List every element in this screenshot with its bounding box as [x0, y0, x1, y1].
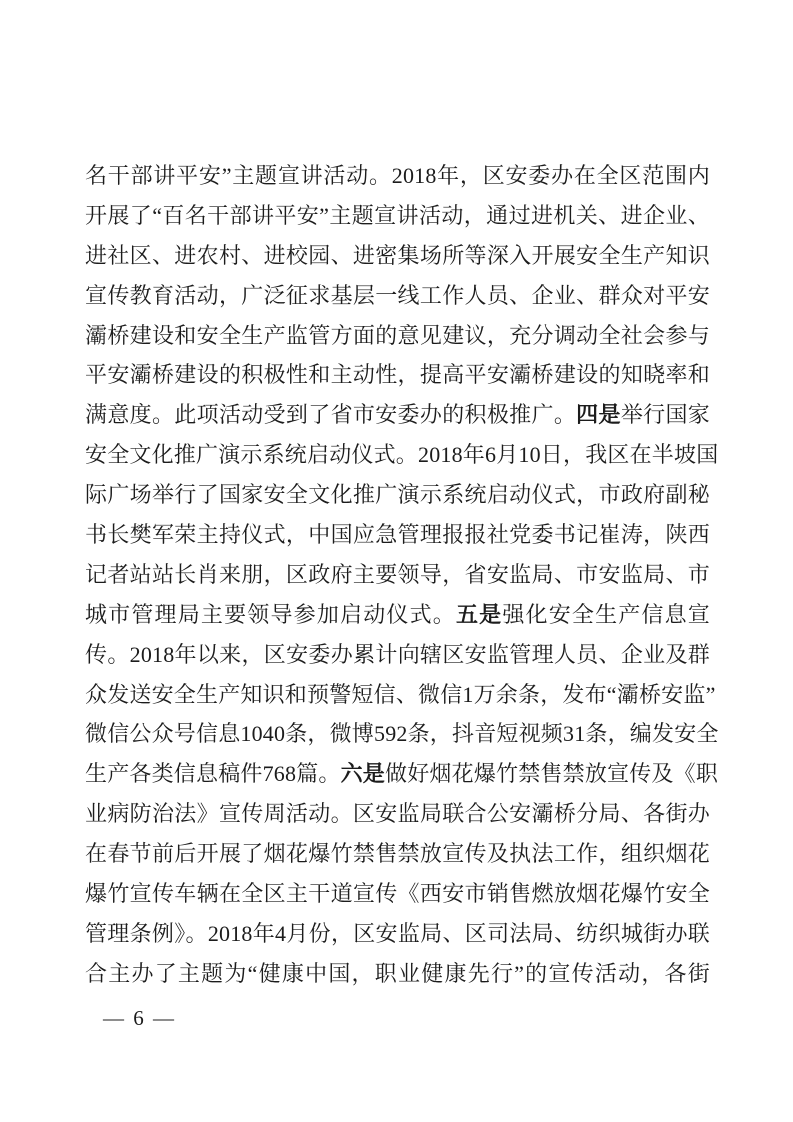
- footer-page-number: — 6 —: [103, 1006, 176, 1031]
- text-line: 满意度。此项活动受到了省市安委办的积极推广。四是举行国家: [85, 395, 710, 435]
- text-segment: 际广场举行了国家安全文化推广演示系统启动仪式，市政府副秘: [85, 482, 710, 507]
- text-segment: 开展了“百名干部讲平安”主题宣讲活动，通过进机关、进企业、: [85, 203, 710, 228]
- text-line: 在春节前后开展了烟花爆竹禁售禁放宣传及执法工作，组织烟花: [85, 834, 710, 874]
- text-segment: 爆竹宣传车辆在全区主干道宣传《西安市销售燃放烟花爆竹安全: [85, 881, 710, 906]
- text-segment: 强化安全生产信息宣: [502, 602, 710, 627]
- text-line: 进社区、进农村、进校园、进密集场所等深入开展安全生产知识: [85, 236, 710, 276]
- text-segment: 生产各类信息稿件768篇。: [85, 761, 341, 786]
- text-line: 合主办了主题为“健康中国，职业健康先行”的宣传活动，各街: [85, 954, 710, 994]
- text-line: 管理条例》。2018年4月份，区安监局、区司法局、纺织城街办联: [85, 914, 710, 954]
- text-line: 书长樊军荣主持仪式，中国应急管理报报社党委书记崔涛，陕西: [85, 515, 710, 555]
- text-line: 传。2018年以来，区安委办累计向辖区安监管理人员、企业及群: [85, 635, 710, 675]
- text-segment: 在春节前后开展了烟花爆竹禁售禁放宣传及执法工作，组织烟花: [85, 841, 710, 866]
- text-segment: 传。2018年以来，区安委办累计向辖区安监管理人员、企业及群: [85, 642, 710, 667]
- text-line: 微信公众号信息1040条，微博592条，抖音短视频31条，编发安全: [85, 714, 710, 754]
- text-line: 安全文化推广演示系统启动仪式。2018年6月10日，我区在半坡国: [85, 435, 710, 475]
- text-segment: 众发送安全生产知识和预警短信、微信1万余条，发布“灞桥安监”: [85, 682, 716, 707]
- text-segment: 业病防治法》宣传周活动。区安监局联合公安灞桥分局、各街办: [85, 801, 710, 826]
- text-segment: 做好烟花爆竹禁售禁放宣传及《职: [385, 761, 718, 786]
- text-line: 宣传教育活动，广泛征求基层一线工作人员、企业、群众对平安: [85, 276, 710, 316]
- text-segment: 管理条例》。2018年4月份，区安监局、区司法局、纺织城街办联: [85, 921, 710, 946]
- text-segment: 城市管理局主要领导参加启动仪式。: [85, 602, 456, 627]
- text-line: 名干部讲平安”主题宣讲活动。2018年，区安委办在全区范围内: [85, 156, 710, 196]
- document-page: 名干部讲平安”主题宣讲活动。2018年，区安委办在全区范围内开展了“百名干部讲平…: [0, 0, 793, 1122]
- text-segment: 灞桥建设和安全生产监管方面的意见建议，充分调动全社会参与: [85, 323, 710, 348]
- text-segment: 记者站站长肖来朋，区政府主要领导，省安监局、市安监局、市: [85, 562, 710, 587]
- text-line: 生产各类信息稿件768篇。六是做好烟花爆竹禁售禁放宣传及《职: [85, 754, 710, 794]
- text-line: 记者站站长肖来朋，区政府主要领导，省安监局、市安监局、市: [85, 555, 710, 595]
- text-line: 际广场举行了国家安全文化推广演示系统启动仪式，市政府副秘: [85, 475, 710, 515]
- text-line: 城市管理局主要领导参加启动仪式。五是强化安全生产信息宣: [85, 595, 710, 635]
- text-segment: 安全文化推广演示系统启动仪式。2018年6月10日，我区在半坡国: [85, 442, 718, 467]
- text-line: 平安灞桥建设的积极性和主动性，提高平安灞桥建设的知晓率和: [85, 355, 710, 395]
- text-line: 爆竹宣传车辆在全区主干道宣传《西安市销售燃放烟花爆竹安全: [85, 874, 710, 914]
- text-segment: 书长樊军荣主持仪式，中国应急管理报报社党委书记崔涛，陕西: [85, 522, 710, 547]
- bold-emphasis: 五是: [456, 602, 502, 627]
- text-segment: 微信公众号信息1040条，微博592条，抖音短视频31条，编发安全: [85, 721, 719, 746]
- text-segment: 举行国家: [621, 402, 710, 427]
- text-segment: 名干部讲平安”主题宣讲活动。2018年，区安委办在全区范围内: [85, 163, 710, 188]
- text-line: 灞桥建设和安全生产监管方面的意见建议，充分调动全社会参与: [85, 316, 710, 356]
- text-segment: 满意度。此项活动受到了省市安委办的积极推广。: [85, 402, 576, 427]
- bold-emphasis: 四是: [576, 402, 621, 427]
- text-segment: 宣传教育活动，广泛征求基层一线工作人员、企业、群众对平安: [85, 283, 710, 308]
- text-line: 众发送安全生产知识和预警短信、微信1万余条，发布“灞桥安监”: [85, 675, 710, 715]
- text-segment: 合主办了主题为“健康中国，职业健康先行”的宣传活动，各街: [85, 961, 710, 986]
- text-segment: 平安灞桥建设的积极性和主动性，提高平安灞桥建设的知晓率和: [85, 362, 710, 387]
- text-line: 业病防治法》宣传周活动。区安监局联合公安灞桥分局、各街办: [85, 794, 710, 834]
- bold-emphasis: 六是: [341, 761, 385, 786]
- text-segment: 进社区、进农村、进校园、进密集场所等深入开展安全生产知识: [85, 243, 710, 268]
- text-block: 名干部讲平安”主题宣讲活动。2018年，区安委办在全区范围内开展了“百名干部讲平…: [85, 156, 710, 994]
- text-line: 开展了“百名干部讲平安”主题宣讲活动，通过进机关、进企业、: [85, 196, 710, 236]
